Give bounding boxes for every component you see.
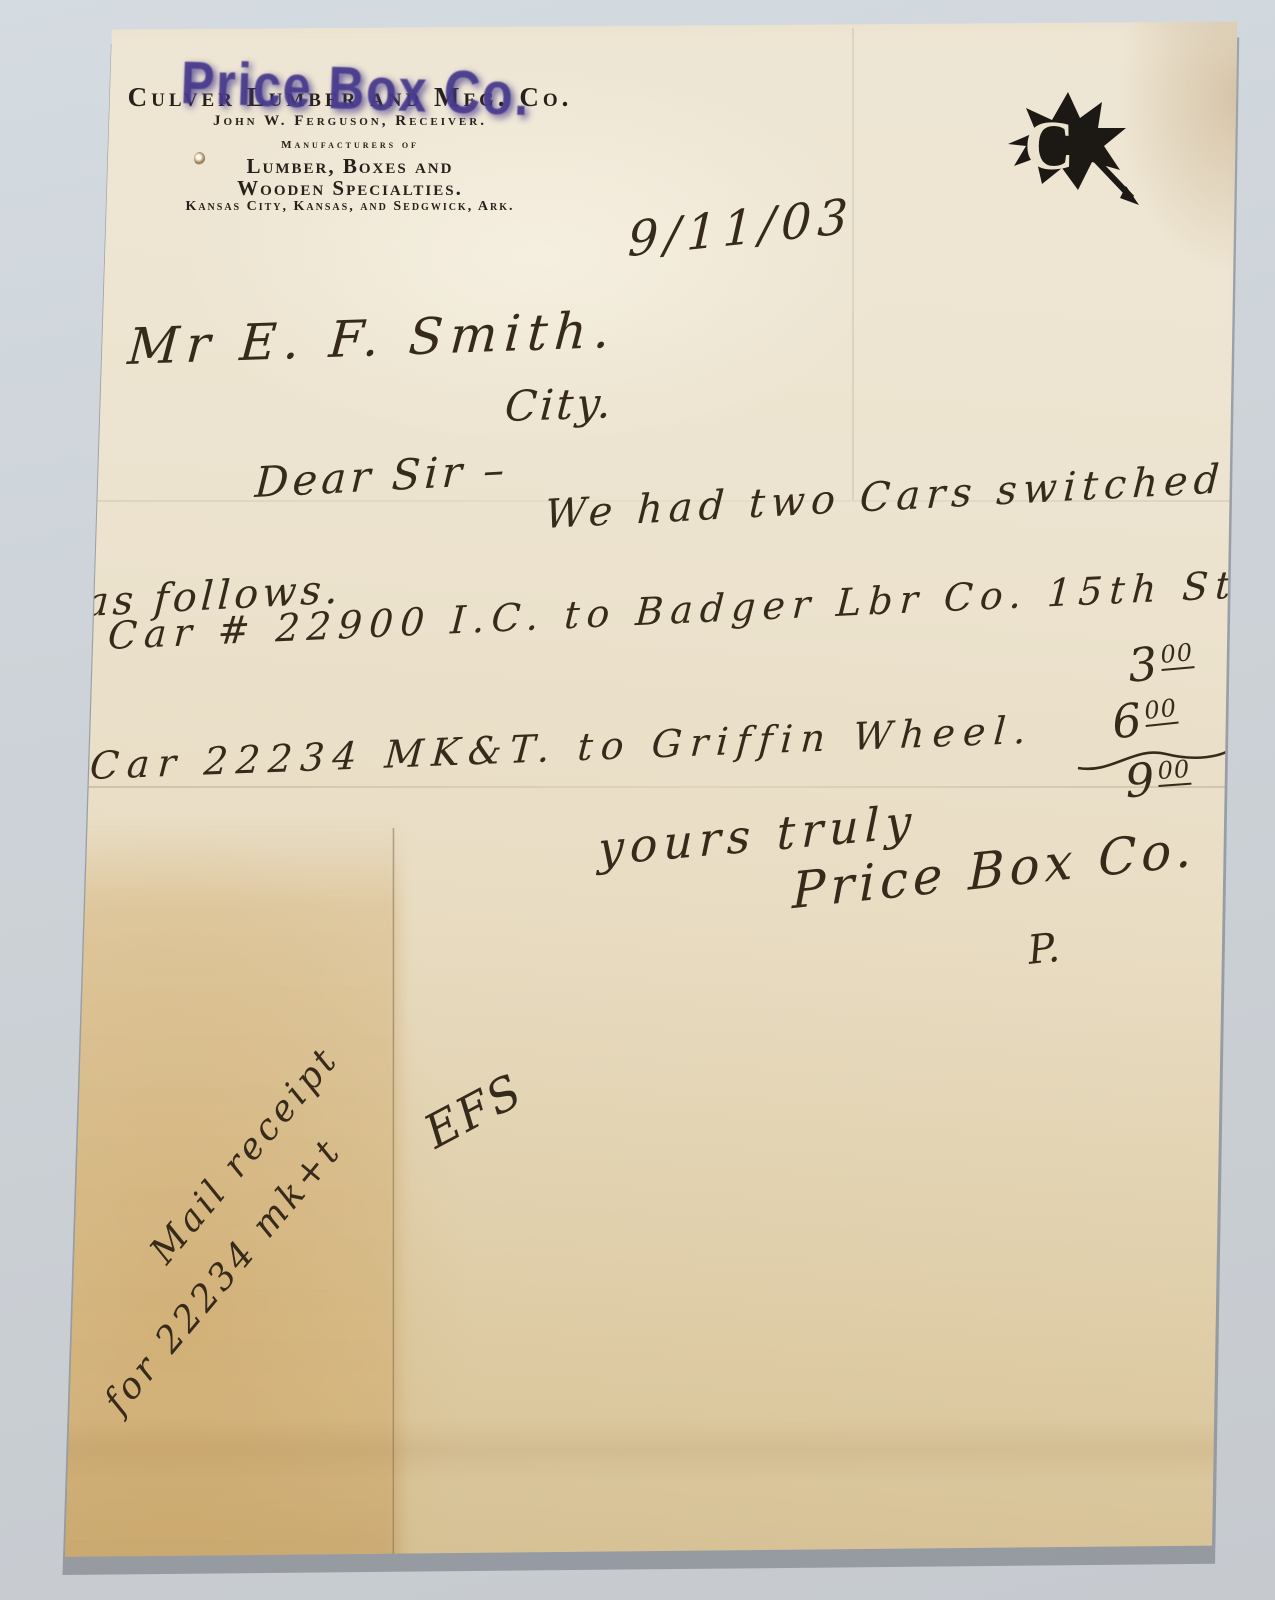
recipient-line: Mr E. F. Smith. <box>126 301 619 376</box>
pin-hole <box>194 152 205 165</box>
entry-amount-1: 300 <box>1126 633 1196 693</box>
entry-line-2: Car 22234 MK&T. to Griffin Wheel. <box>89 708 1036 788</box>
amount-dollars: 9 <box>1123 752 1156 808</box>
entry-amount-2: 600 <box>1109 689 1180 750</box>
stamp-text: Price Box Co. <box>180 49 532 128</box>
logo-letter: C <box>1024 108 1075 185</box>
letter-paper: Culver Lumber and Mfg. Co. John W. Fergu… <box>0 0 1275 1600</box>
photo-background: Culver Lumber and Mfg. Co. John W. Fergu… <box>0 0 1275 1600</box>
leaf-icon: C <box>998 84 1148 216</box>
amount-cents: 00 <box>1159 638 1194 671</box>
leaf-logo: C <box>998 84 1148 221</box>
signature-initial: P. <box>1026 925 1062 974</box>
amount-dollars: 6 <box>1109 693 1144 750</box>
letterhead-locations: Kansas City, Kansas, and Sedgwick, Ark. <box>185 199 514 215</box>
amount-cents: 00 <box>1143 694 1179 727</box>
paper-stain-bottom-band <box>0 1418 1275 1482</box>
fold-crease-middle <box>0 786 1275 788</box>
amount-dollars: 3 <box>1126 636 1160 692</box>
recipient-location: City. <box>503 378 615 431</box>
letterhead-products-line2: Wooden Specialties. <box>237 176 463 201</box>
fold-crease-vertical-top <box>852 28 854 500</box>
total-amount: 900 <box>1123 750 1192 808</box>
fold-crease-vertical-lower <box>392 828 395 1558</box>
amount-cents: 00 <box>1157 755 1192 787</box>
annotation-initials: EFS <box>415 1063 531 1159</box>
price-box-stamp: Price Box Co. Price Box Co. <box>180 48 532 129</box>
date-handwritten: 9/11/03 <box>627 188 855 268</box>
salutation: Dear Sir – <box>254 445 510 507</box>
letterhead-manufacturers-of: Manufacturers of <box>281 139 419 151</box>
body-line-1: We had two Cars switched — <box>544 453 1275 538</box>
